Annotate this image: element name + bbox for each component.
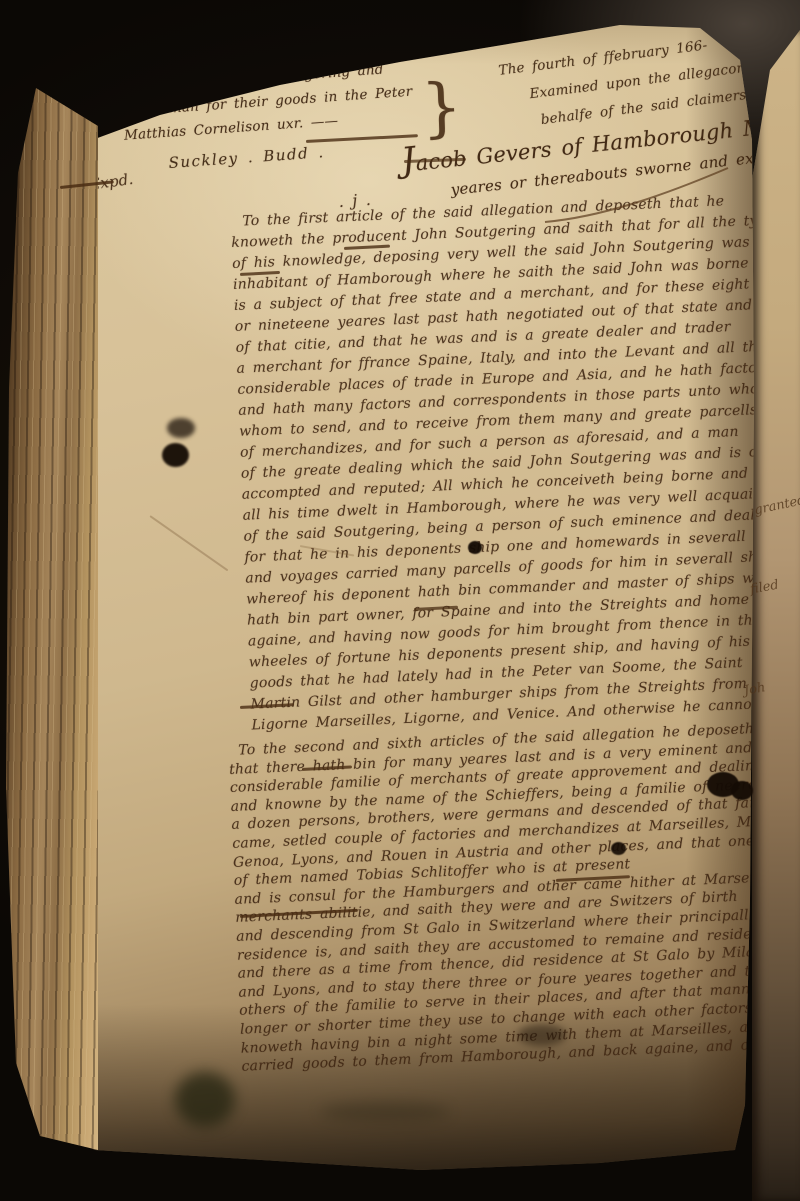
ink-blot (175, 1072, 235, 1127)
ink-blot (468, 541, 482, 554)
brace-mark: } (420, 71, 463, 146)
ink-blot (167, 418, 195, 438)
ink-blot (611, 842, 626, 855)
next-page-edge (752, 30, 800, 1201)
claim-note: The claims of John Soutgering andPaul Lo… (90, 56, 415, 150)
manuscript-photo: The claims of John Soutgering andPaul Lo… (0, 0, 800, 1201)
ink-blot (731, 781, 753, 800)
deposition-paragraph-1: To the first article of the said allegat… (230, 187, 800, 736)
ink-blot (518, 1024, 566, 1046)
deposition-paragraph-2: To the second and sixth articles of the … (228, 716, 800, 1076)
main-page: The claims of John Soutgering andPaul Lo… (38, 18, 758, 1178)
ink-blot (162, 443, 189, 467)
docket-names: Suckley . Budd . (168, 143, 325, 172)
ink-blot (320, 1102, 450, 1122)
page-stack-edge (6, 88, 98, 1150)
pen-flourish (540, 160, 735, 232)
